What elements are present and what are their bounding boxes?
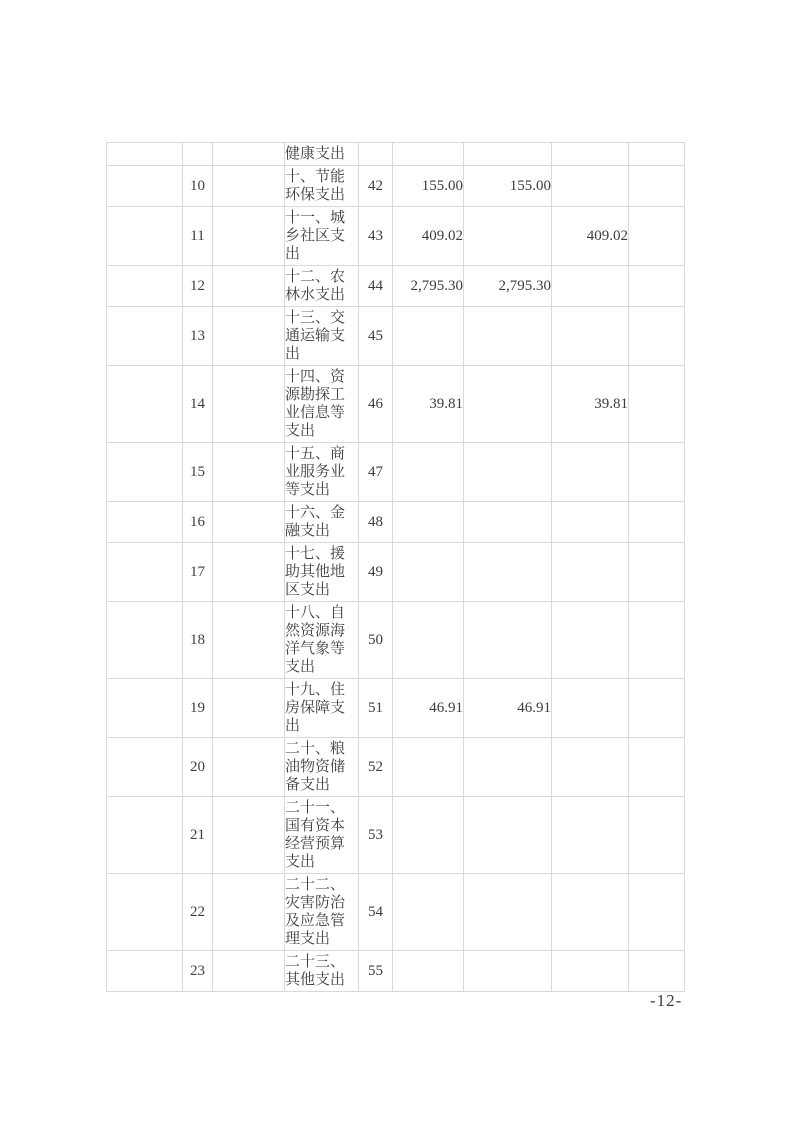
cell-line-no: 46 [359, 366, 393, 443]
cell-value-2 [464, 143, 552, 166]
cell-blank [629, 207, 685, 266]
cell-line-no: 43 [359, 207, 393, 266]
cell-category: 健康支出 [285, 143, 359, 166]
cell-blank [107, 951, 183, 992]
cell-blank [213, 207, 285, 266]
table-row: 13 十三、交通运输支出 45 [107, 307, 685, 366]
cell-line-no: 44 [359, 266, 393, 307]
cell-seq: 14 [183, 366, 213, 443]
cell-value-2 [464, 443, 552, 502]
cell-blank [107, 543, 183, 602]
table-row: 19 十九、住房保障支出 51 46.91 46.91 [107, 679, 685, 738]
cell-value-2 [464, 797, 552, 874]
cell-value-1 [393, 874, 464, 951]
table-row: 14 十四、资源勘探工业信息等支出 46 39.81 39.81 [107, 366, 685, 443]
cell-category: 二十、粮油物资储备支出 [285, 738, 359, 797]
cell-blank [107, 307, 183, 366]
cell-blank [107, 797, 183, 874]
cell-blank [629, 266, 685, 307]
cell-blank [213, 951, 285, 992]
cell-category: 十八、自然资源海洋气象等支出 [285, 602, 359, 679]
cell-value-3 [552, 443, 629, 502]
cell-value-2 [464, 366, 552, 443]
cell-value-1: 409.02 [393, 207, 464, 266]
cell-value-2 [464, 502, 552, 543]
cell-blank [213, 143, 285, 166]
cell-value-1 [393, 602, 464, 679]
cell-value-2 [464, 207, 552, 266]
cell-seq: 18 [183, 602, 213, 679]
cell-category: 十三、交通运输支出 [285, 307, 359, 366]
cell-value-3 [552, 951, 629, 992]
cell-blank [213, 738, 285, 797]
cell-line-no: 53 [359, 797, 393, 874]
cell-value-1: 46.91 [393, 679, 464, 738]
cell-value-1 [393, 543, 464, 602]
cell-blank [213, 266, 285, 307]
cell-seq: 17 [183, 543, 213, 602]
cell-blank [629, 679, 685, 738]
cell-blank [629, 366, 685, 443]
cell-line-no: 55 [359, 951, 393, 992]
cell-seq: 23 [183, 951, 213, 992]
cell-category: 十九、住房保障支出 [285, 679, 359, 738]
cell-value-3 [552, 502, 629, 543]
cell-line-no: 42 [359, 166, 393, 207]
table-row: 20 二十、粮油物资储备支出 52 [107, 738, 685, 797]
cell-line-no: 49 [359, 543, 393, 602]
cell-value-2: 2,795.30 [464, 266, 552, 307]
cell-blank [107, 738, 183, 797]
cell-seq: 16 [183, 502, 213, 543]
table-row: 22 二十二、灾害防治及应急管理支出 54 [107, 874, 685, 951]
cell-line-no: 52 [359, 738, 393, 797]
cell-seq: 15 [183, 443, 213, 502]
cell-blank [629, 307, 685, 366]
cell-value-2 [464, 738, 552, 797]
cell-blank [213, 502, 285, 543]
cell-value-3 [552, 679, 629, 738]
cell-value-3 [552, 797, 629, 874]
cell-category: 二十三、其他支出 [285, 951, 359, 992]
cell-seq [183, 143, 213, 166]
cell-value-2 [464, 543, 552, 602]
cell-line-no: 54 [359, 874, 393, 951]
cell-category: 十五、商业服务业等支出 [285, 443, 359, 502]
cell-blank [107, 443, 183, 502]
cell-blank [213, 166, 285, 207]
cell-category: 十、节能环保支出 [285, 166, 359, 207]
cell-value-1 [393, 307, 464, 366]
table-row: 23 二十三、其他支出 55 [107, 951, 685, 992]
cell-seq: 22 [183, 874, 213, 951]
cell-value-3 [552, 874, 629, 951]
table-row: 12 十二、农林水支出 44 2,795.30 2,795.30 [107, 266, 685, 307]
page-number: -12- [650, 991, 682, 1011]
cell-seq: 20 [183, 738, 213, 797]
cell-line-no: 47 [359, 443, 393, 502]
cell-value-3 [552, 602, 629, 679]
cell-category: 十七、援助其他地区支出 [285, 543, 359, 602]
cell-seq: 12 [183, 266, 213, 307]
cell-blank [629, 543, 685, 602]
cell-value-2 [464, 602, 552, 679]
cell-seq: 19 [183, 679, 213, 738]
cell-blank [629, 738, 685, 797]
cell-category: 十四、资源勘探工业信息等支出 [285, 366, 359, 443]
table-row: 15 十五、商业服务业等支出 47 [107, 443, 685, 502]
cell-blank [107, 266, 183, 307]
cell-category: 十一、城乡社区支出 [285, 207, 359, 266]
cell-value-1: 155.00 [393, 166, 464, 207]
cell-blank [629, 602, 685, 679]
cell-value-1 [393, 143, 464, 166]
cell-blank [213, 443, 285, 502]
cell-blank [629, 797, 685, 874]
cell-blank [213, 874, 285, 951]
cell-value-3 [552, 307, 629, 366]
cell-blank [629, 166, 685, 207]
budget-table: 健康支出 10 十、节能环保支出 42 155.00 155.00 [106, 142, 685, 992]
cell-value-2: 155.00 [464, 166, 552, 207]
cell-value-2: 46.91 [464, 679, 552, 738]
cell-value-3: 409.02 [552, 207, 629, 266]
cell-line-no [359, 143, 393, 166]
cell-blank [107, 166, 183, 207]
cell-value-1: 39.81 [393, 366, 464, 443]
cell-line-no: 51 [359, 679, 393, 738]
cell-blank [629, 143, 685, 166]
table-row: 16 十六、金融支出 48 [107, 502, 685, 543]
cell-value-3 [552, 543, 629, 602]
cell-blank [213, 679, 285, 738]
cell-blank [107, 502, 183, 543]
document-page: 健康支出 10 十、节能环保支出 42 155.00 155.00 [0, 0, 794, 1122]
cell-value-3 [552, 166, 629, 207]
cell-line-no: 48 [359, 502, 393, 543]
cell-blank [629, 951, 685, 992]
cell-blank [629, 443, 685, 502]
cell-blank [213, 602, 285, 679]
cell-value-3: 39.81 [552, 366, 629, 443]
table-row: 11 十一、城乡社区支出 43 409.02 409.02 [107, 207, 685, 266]
table-row: 10 十、节能环保支出 42 155.00 155.00 [107, 166, 685, 207]
cell-blank [213, 543, 285, 602]
cell-value-1 [393, 502, 464, 543]
cell-blank [629, 874, 685, 951]
cell-blank [107, 602, 183, 679]
table-row: 18 十八、自然资源海洋气象等支出 50 [107, 602, 685, 679]
cell-blank [107, 679, 183, 738]
cell-seq: 11 [183, 207, 213, 266]
cell-blank [107, 143, 183, 166]
cell-blank [629, 502, 685, 543]
cell-value-1 [393, 443, 464, 502]
cell-seq: 10 [183, 166, 213, 207]
cell-value-2 [464, 307, 552, 366]
cell-value-2 [464, 951, 552, 992]
cell-category: 十二、农林水支出 [285, 266, 359, 307]
cell-blank [213, 797, 285, 874]
table-row-carryover: 健康支出 [107, 143, 685, 166]
cell-value-2 [464, 874, 552, 951]
cell-value-1: 2,795.30 [393, 266, 464, 307]
cell-category: 二十一、国有资本经营预算支出 [285, 797, 359, 874]
cell-blank [107, 874, 183, 951]
cell-value-3 [552, 143, 629, 166]
cell-line-no: 45 [359, 307, 393, 366]
cell-value-1 [393, 951, 464, 992]
cell-line-no: 50 [359, 602, 393, 679]
table-row: 17 十七、援助其他地区支出 49 [107, 543, 685, 602]
cell-blank [213, 366, 285, 443]
cell-blank [107, 366, 183, 443]
cell-seq: 13 [183, 307, 213, 366]
cell-category: 十六、金融支出 [285, 502, 359, 543]
cell-blank [213, 307, 285, 366]
cell-value-3 [552, 738, 629, 797]
table-row: 21 二十一、国有资本经营预算支出 53 [107, 797, 685, 874]
cell-seq: 21 [183, 797, 213, 874]
cell-value-3 [552, 266, 629, 307]
cell-value-1 [393, 738, 464, 797]
cell-category: 二十二、灾害防治及应急管理支出 [285, 874, 359, 951]
cell-value-1 [393, 797, 464, 874]
cell-blank [107, 207, 183, 266]
